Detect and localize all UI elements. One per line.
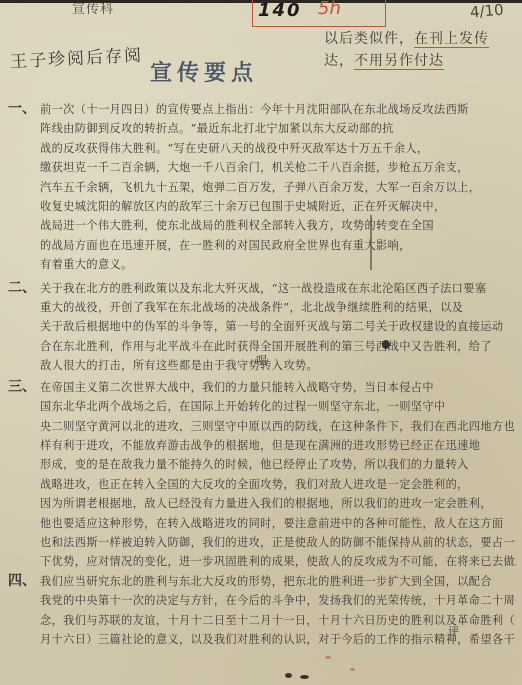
right-note-line-2: 达，不用另作付达 [324,50,489,72]
ink-blot [382,340,390,349]
right-handwritten-note: 以后类似件，在刊上发传 达，不用另作付达 [324,28,489,72]
paragraph-line: 前一次（十一月四日）的宣传要点上指出：今年十月沈阳部队在东北战场反攻法西斯 [40,100,516,119]
paragraph-line: 阵线由防御到反攻的转折点。“最近东北打北宁加紧以东大反动部的抗 [40,119,516,138]
paragraph-number: 一、 [8,100,36,119]
paragraph-1: 一、 前一次（十一月四日）的宣传要点上指出：今年十月沈阳部队在东北战场反攻法西斯… [8,100,516,275]
paragraph-line: 央二则坚守黄河以北的进攻，三则坚守中原以西的防线，在这种条件下，我们在西北四地方… [40,417,516,436]
paragraph-line: 合在东北胜利，作用与北平战斗在此时获得全国开展胜利的第三号西战中又告胜利，给了 [40,337,516,356]
paragraph-line: 样有利于进攻，不能放弃游击战争的根据地，但是现在满洲的进攻形势已经正在迅速地 [40,436,516,455]
paragraph-line: 重大的战役，开创了我军在东北战场的决战条件”，北北战争继续胜利的结果，以及 [40,298,516,317]
paragraph-line: 缴获坦克一千二百余辆，大炮一千八百余门，机关枪二千八百余挺，步枪五万余支， [40,158,516,177]
right-note-line-1-prefix: 以后类似件， [324,31,414,47]
paragraph-line: 国东北华北两个战场之后，在国际上开始转化的过程一则坚守东北，一则坚守中 [40,397,516,416]
paragraph-line: 他也要适应这种形势，在转入战略进攻的同时，要注意前进中的各种可能性，敌人在这方面 [40,514,516,533]
top-scrawl-note: 宣传科 [72,0,114,17]
right-note-line-2-prefix: 达， [324,53,354,69]
paragraph-number: 三、 [8,378,36,397]
paragraph-3: 三、 在帝国主义第二次世界大战中，我们的力量只能转入战略守势，当日本侵占中 国东… [8,378,516,572]
paragraph-line: 在帝国主义第二次世界大战中，我们的力量只能转入战略守势，当日本侵占中 [40,378,516,397]
paragraph-line: 战的反攻获得伟大胜利。“写在史研八天的战役中歼灭敌军达十万五千余人， [40,139,516,158]
paragraph-line: 关于我在北方的胜利政策以及东北大歼灭战，“这一战役造成在东北沦陷区西子法口要塞 [40,279,516,298]
archive-number: 140 [258,0,302,21]
paragraph-line: 念，我们与苏联的友谊，十月十二日至十二月十一日，十月十六日历史的胜利以及革命胜利… [40,611,516,630]
right-note-line-1: 以后类似件，在刊上发传 [324,28,489,50]
paragraph-line: 收复史城沈阳的解放区内的敌军三十余万已包围于史城附近，正在歼灭解决中， [40,197,516,216]
red-stain [350,668,355,671]
paragraph-line: 下优势，应对情况的变化，进一步巩固胜利的成果，使敌人的反攻成为不可能，在将来已去… [40,552,516,571]
margin-stroke [370,215,372,270]
paragraph-line: 也和法西斯一样被迫转入防御，我们的进攻，正是使敌人的防御不能保持从前的状态，要占… [40,533,516,552]
insertion-mark: 唱 [256,351,267,370]
date-note: 4/10 [469,1,504,22]
paragraph-line: 有着重大的意义。 [40,255,516,274]
paragraph-line: 关于敌后根据地中的伪军的斗争等，第一号的全面歼灭战与第二号关于政权建设的直接运动 [40,317,516,336]
paragraph-line: 我党的中央第十一次的决定与方针，在今后的斗争中，发扬我们的光荣传统，十月革命二十… [40,591,516,610]
archive-number-red: 5h [318,0,341,19]
insertion-mark: 评 [448,622,459,641]
paragraph-line: 因为所谓老根据地，敌人已经没有力量进入我们的根据地，所以我们的进攻一定会胜利， [40,494,516,513]
left-handwritten-note: 王子珍阅后存阅 [9,41,143,73]
document-body: 一、 前一次（十一月四日）的宣传要点上指出：今年十月沈阳部队在东北战场反攻法西斯… [8,100,516,649]
paragraph-line: 汽车五千余辆，飞机九十五架，炮弹二百万发，子弹八百余万发，大军一百余万以上， [40,178,516,197]
paragraph-line: 形成，变的是在敌我力量不能持久的时候，他已经停止了攻势，所以我们的力量转入 [40,455,516,474]
paragraph-line: 战局进一个伟大胜利，使东北战局的胜利权全部转入我方，攻势的转变在全国 [40,216,516,235]
paragraph-2: 二、 关于我在北方的胜利政策以及东北大歼灭战，“这一战役造成在东北沦陷区西子法口… [8,279,516,376]
right-note-line-2-underlined: 不用另作付达 [354,53,444,70]
paragraph-line: 战略进攻，也正在转入全国的大反攻的全面攻势，我们对敌人进攻是一定会胜利的， [40,475,516,494]
paragraph-line: 的战局方面也在迅速开展，在一胜利的对国民政府全世界也有重大影响， [40,236,516,255]
paragraph-line: 敌人很大的打击，所有这些都是由于我守势转入攻势。 [40,356,516,375]
right-note-line-1-underlined: 在刊上发传 [414,31,489,48]
paragraph-line: 我们应当研究东北的胜利与东北大反攻的形势，把东北的胜利进一步扩大到全国，以配合 [40,572,516,591]
paragraph-4: 四、 我们应当研究东北的胜利与东北大反攻的形势，把东北的胜利进一步扩大到全国，以… [8,572,516,650]
document-title: 宣传要点 [150,56,258,87]
ink-blot [300,675,309,679]
paragraph-number: 二、 [8,279,36,298]
document-page: 140 5h 宣传科 4/10 王子珍阅后存阅 以后类似件，在刊上发传 达，不用… [0,0,522,685]
ink-blot [285,673,292,678]
paragraph-line: 月十六日）三篇社论的意义，以及我们对胜利的认识，对于今后的工作的指示精神，希望各… [40,630,516,649]
paragraph-number: 四、 [8,572,36,591]
red-stain [325,656,331,659]
